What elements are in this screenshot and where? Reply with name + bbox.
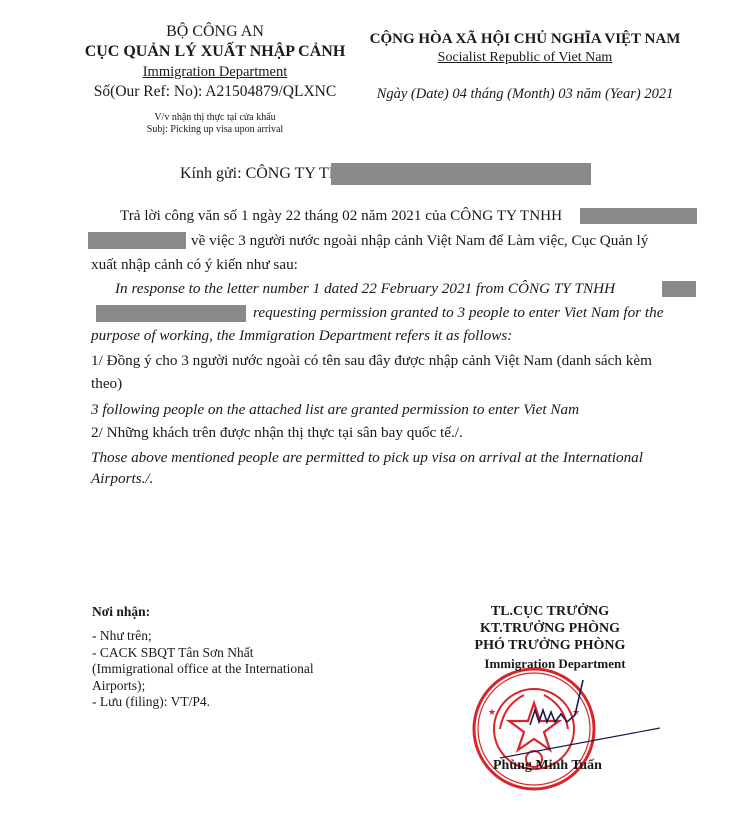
- recipient-item: - Lưu (filing): VT/P4.: [92, 694, 314, 711]
- country-name-en: Socialist Republic of Viet Nam: [365, 50, 685, 66]
- recipients-title: Nơi nhận:: [92, 604, 150, 620]
- redaction-box: [96, 305, 246, 322]
- ministry-name: BỘ CÔNG AN: [60, 23, 370, 41]
- recipient-item: (Immigrational office at the Internation…: [92, 661, 314, 678]
- subject-en: Subj: Picking up visa upon arrival: [60, 124, 370, 135]
- body-en-line-3: purpose of working, the Immigration Depa…: [91, 327, 512, 345]
- recipient-item: - CACK SBQT Tân Sơn Nhất: [92, 645, 314, 662]
- redaction-box: [662, 281, 696, 297]
- redaction-box: [88, 232, 186, 249]
- body-en-line-1: In response to the letter number 1 dated…: [115, 280, 615, 298]
- recipient-item: - Như trên;: [92, 628, 314, 645]
- country-name: CỘNG HÒA XÃ HỘI CHỦ NGHĨA VIỆT NAM: [365, 31, 685, 48]
- signature-title-3: PHÓ TRƯỞNG PHÒNG: [460, 638, 640, 654]
- document-date: Ngày (Date) 04 tháng (Month) 03 năm (Yea…: [365, 86, 685, 103]
- signature-title-2: KT.TRƯỞNG PHÒNG: [465, 621, 635, 637]
- body-vi-line-3: xuất nhập cảnh có ý kiến như sau:: [91, 256, 298, 274]
- reference-number: Số(Our Ref: No): A21504879/QLXNC: [60, 83, 370, 101]
- item-1-vi-line-2: theo): [91, 375, 122, 393]
- item-1-vi-line-1: 1/ Đồng ý cho 3 người nước ngoài có tên …: [91, 352, 652, 370]
- signature-department: Immigration Department: [470, 656, 640, 672]
- signature-icon: [495, 670, 665, 760]
- redaction-box: [331, 163, 591, 185]
- department-name-en: Immigration Department: [60, 64, 370, 81]
- department-name: CỤC QUẢN LÝ XUẤT NHẬP CẢNH: [60, 43, 370, 61]
- redaction-box: [580, 208, 697, 224]
- item-1-en: 3 following people on the attached list …: [91, 401, 579, 419]
- subject-vi: V/v nhận thị thực tại cửa khẩu: [60, 112, 370, 123]
- item-2-en-line-2: Airports./.: [91, 470, 153, 488]
- signatory-name: Phùng Minh Tuấn: [493, 758, 602, 774]
- body-vi-line-2: về việc 3 người nước ngoài nhập cảnh Việ…: [191, 232, 648, 250]
- recipients-list: - Như trên; - CACK SBQT Tân Sơn Nhất (Im…: [92, 628, 314, 711]
- signature-title-1: TL.CỤC TRƯỞNG: [470, 604, 630, 620]
- item-2-en-line-1: Those above mentioned people are permitt…: [91, 449, 643, 467]
- body-vi-line-1: Trả lời công văn số 1 ngày 22 tháng 02 n…: [120, 207, 562, 225]
- item-2-vi: 2/ Những khách trên được nhận thị thực t…: [91, 424, 463, 442]
- body-en-line-2: requesting permission granted to 3 peopl…: [253, 304, 663, 322]
- recipient-item: Airports);: [92, 678, 314, 695]
